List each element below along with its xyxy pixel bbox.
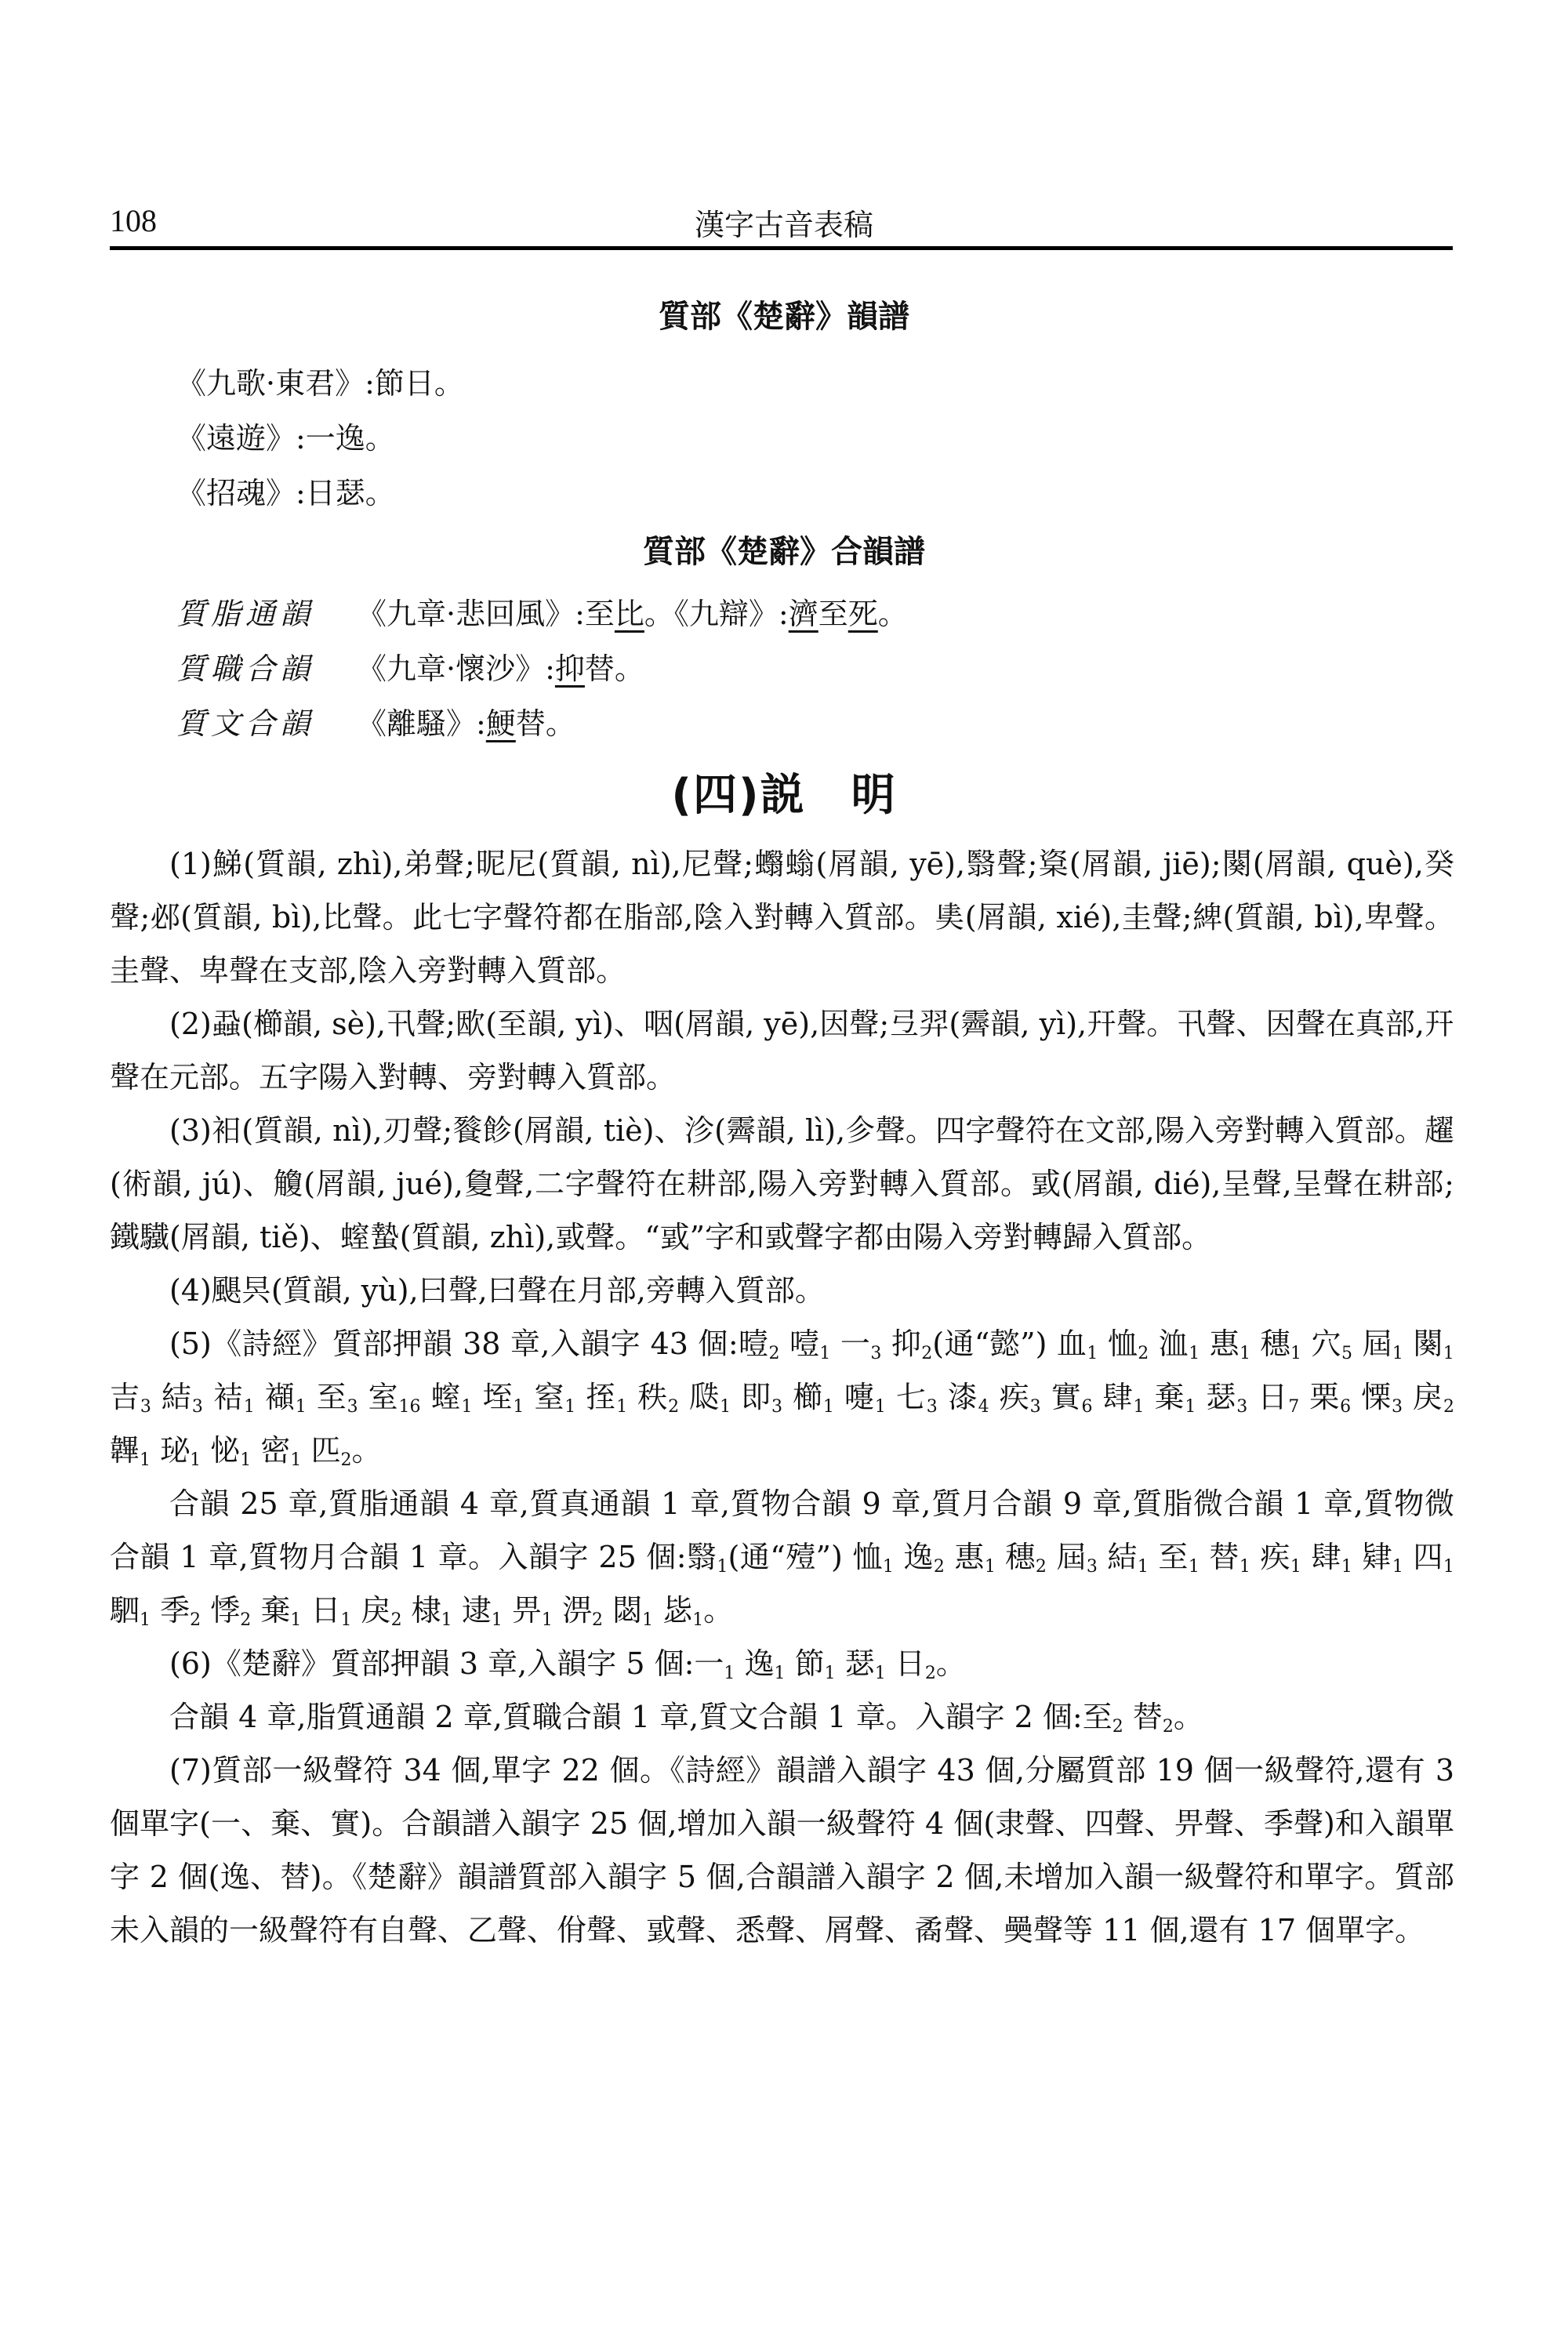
rhyme-char: 襭1 — [265, 1380, 307, 1414]
occurrence-count: 3 — [1392, 1397, 1403, 1417]
rhyme-char: 結3 — [162, 1380, 203, 1414]
rhyme-char: 一3 — [840, 1327, 881, 1361]
rhyme-char: 窒1 — [534, 1380, 575, 1414]
note-paragraph-6-chuci: (6)《楚辭》質部押韻 3 章,入韻字 5 個:一1 逸1 節1 瑟1 日2。 — [110, 1637, 1454, 1690]
variant-note: (通“殪”) — [728, 1540, 842, 1574]
occurrence-count: 1 — [1341, 1557, 1352, 1577]
note-paragraph-1: (1)鮷(質韻, zhì),弟聲;昵尼(質韻, nì),尼聲;蠮螉(屑韻, yē… — [110, 837, 1454, 997]
occurrence-count: 1 — [1240, 1344, 1250, 1363]
occurrence-count: 6 — [1340, 1397, 1351, 1417]
note-paragraph-6-combined: 合韻 4 章,脂質通韻 2 章,質職合韻 1 章,質文合韻 1 章。入韻字 2 … — [110, 1690, 1454, 1744]
rhyme-char: 日7 — [1258, 1380, 1299, 1414]
occurrence-count: 1 — [1087, 1344, 1098, 1363]
underlined-char: 比 — [615, 597, 644, 631]
occurrence-count: 1 — [720, 1397, 731, 1417]
occurrence-count: 1 — [1240, 1557, 1250, 1577]
occurrence-count: 1 — [190, 1450, 201, 1470]
rhyme-entry: 《九歌·東君》:節日。 — [176, 359, 464, 402]
rhyme-char: 至3 — [317, 1380, 358, 1414]
rhyme-type-label: 質文合韻 — [176, 699, 357, 742]
citation-text: 替。 — [516, 706, 575, 741]
rhyme-char: 嚏1 — [844, 1380, 886, 1414]
note-paragraph-7-summary: (7)質部一級聲符 34 個,單字 22 個。《詩經》韻譜入韻字 43 個,分屬… — [110, 1744, 1454, 1957]
occurrence-count: 3 — [927, 1397, 938, 1417]
occurrence-count: 1 — [1443, 1557, 1454, 1577]
occurrence-count: 1 — [441, 1610, 452, 1630]
rhyme-char: 日1 — [310, 1593, 351, 1628]
occurrence-count: 1 — [1392, 1344, 1403, 1363]
rhyme-char: 瑟3 — [1206, 1380, 1247, 1414]
occurrence-count: 3 — [1087, 1557, 1098, 1577]
occurrence-count: 16 — [399, 1397, 421, 1417]
rhyme-type-label: 質職合韻 — [176, 644, 357, 688]
combined-rhyme-row: 質脂通韻《九章·悲回風》:至比。《九辯》:濟至死。 — [176, 590, 908, 633]
occurrence-count: 1 — [692, 1610, 703, 1630]
rhyme-char: 垤1 — [482, 1380, 524, 1414]
occurrence-count: 1 — [240, 1450, 251, 1470]
occurrence-count: 3 — [771, 1397, 782, 1417]
rhyme-char: 棣1 — [412, 1593, 452, 1628]
header-rule — [110, 246, 1453, 250]
rhyme-char: 曀2 — [739, 1327, 780, 1361]
rhyme-char: 穗2 — [1005, 1540, 1046, 1574]
rhyme-char: 閟1 — [612, 1593, 653, 1628]
rhyme-char: 屆3 — [1056, 1540, 1097, 1574]
variant-note: (通“懿”) — [932, 1327, 1047, 1361]
rhyme-type-label: 質脂通韻 — [176, 590, 357, 633]
occurrence-count: 1 — [875, 1664, 886, 1683]
occurrence-count: 1 — [1392, 1557, 1403, 1577]
rhyme-char: 替1 — [1209, 1540, 1250, 1574]
chuci-combined-heading: 質部《楚辭》合韻譜 — [0, 527, 1568, 572]
rhyme-char: 結1 — [1107, 1540, 1148, 1574]
occurrence-count: 1 — [461, 1397, 472, 1417]
occurrence-count: 1 — [724, 1664, 735, 1683]
citation-text: 《九章·懷沙》: — [357, 652, 555, 686]
rhyme-char: 毖1 — [662, 1593, 703, 1628]
underlined-char: 鯁 — [486, 706, 516, 741]
occurrence-count: 1 — [823, 1397, 834, 1417]
rhyme-char: 逮1 — [462, 1593, 503, 1628]
occurrence-count: 2 — [1138, 1344, 1149, 1363]
note-paragraph-4: (4)颶昗(質韻, yù),曰聲,曰聲在月部,旁轉入質部。 — [110, 1264, 1454, 1317]
rhyme-char: 密1 — [260, 1433, 301, 1468]
rhyme-char: 肆1 — [1103, 1380, 1145, 1414]
rhyme-char: 疾3 — [1000, 1380, 1041, 1414]
occurrence-count: 1 — [1189, 1344, 1200, 1363]
citation-text: 替。 — [585, 652, 644, 686]
rhyme-char: 瑟1 — [845, 1646, 886, 1681]
occurrence-count: 1 — [513, 1397, 524, 1417]
rhyme-char: 至1 — [1158, 1540, 1199, 1574]
occurrence-count: 1 — [290, 1610, 301, 1630]
citation-text: 。 — [878, 597, 908, 631]
rhyme-char: 七3 — [896, 1380, 938, 1414]
occurrence-count: 1 — [290, 1450, 301, 1470]
occurrence-count: 6 — [1082, 1397, 1093, 1417]
rhyme-char: 至2 — [1083, 1700, 1123, 1734]
note-paragraph-2: (2)蝨(櫛韻, sè),卂聲;欭(至韻, yì)、咽(屑韻, yē),因聲;弖… — [110, 997, 1454, 1104]
rhyme-citation: 《離騷》:鯁替。 — [357, 699, 575, 742]
occurrence-count: 1 — [296, 1397, 307, 1417]
occurrence-count: 3 — [1030, 1397, 1041, 1417]
occurrence-count: 1 — [819, 1344, 830, 1363]
rhyme-char: 屆1 — [1362, 1327, 1403, 1361]
rhyme-char: 匹2 — [310, 1433, 351, 1468]
rhyme-char: 實6 — [1051, 1380, 1093, 1414]
rhyme-char: 戾2 — [361, 1593, 402, 1628]
rhyme-char: 瓞1 — [689, 1380, 731, 1414]
occurrence-count: 2 — [925, 1664, 936, 1683]
note-paragraph-3: (3)衵(質韻, nì),刃聲;餮飻(屑韻, tiè)、沴(霽韻, lì),㐱聲… — [110, 1104, 1454, 1264]
occurrence-count: 1 — [244, 1397, 255, 1417]
occurrence-count: 1 — [875, 1397, 886, 1417]
occurrence-count: 2 — [592, 1610, 603, 1630]
occurrence-count: 3 — [870, 1344, 881, 1363]
rhyme-char: 血1 — [1057, 1327, 1098, 1361]
occurrence-count: 7 — [1288, 1397, 1299, 1417]
rhyme-entry: 《遠遊》:一逸。 — [176, 414, 395, 457]
rhyme-char: 挃1 — [586, 1380, 627, 1414]
occurrence-count: 2 — [190, 1610, 201, 1630]
rhyme-char: 秩2 — [637, 1380, 679, 1414]
underlined-char: 濟 — [789, 597, 818, 631]
rhyme-char: 慄3 — [1361, 1380, 1403, 1414]
combined-rhyme-row: 質文合韻《離騷》:鯁替。 — [176, 699, 575, 742]
running-title: 漢字古音表稿 — [0, 201, 1568, 244]
rhyme-char: 闋1 — [1413, 1327, 1454, 1361]
occurrence-count: 3 — [140, 1397, 151, 1417]
rhyme-char: 棄1 — [1154, 1380, 1196, 1414]
occurrence-count: 1 — [1290, 1557, 1301, 1577]
rhyme-char: 一1 — [694, 1646, 735, 1681]
rhyme-char: 戾2 — [1413, 1380, 1454, 1414]
notes-body: (1)鮷(質韻, zhì),弟聲;昵尼(質韻, nì),尼聲;蠮螉(屑韻, yē… — [110, 837, 1454, 1957]
occurrence-count: 5 — [1341, 1344, 1352, 1363]
rhyme-char: 逸2 — [903, 1540, 944, 1574]
rhyme-char: 替2 — [1133, 1700, 1174, 1734]
rhyme-char: 洫1 — [1159, 1327, 1200, 1361]
rhyme-char: 棄1 — [260, 1593, 301, 1628]
rhyme-citation: 《九章·懷沙》:抑替。 — [357, 644, 644, 688]
occurrence-count: 1 — [883, 1557, 894, 1577]
occurrence-count: 2 — [340, 1450, 351, 1470]
occurrence-count: 2 — [1163, 1717, 1174, 1737]
occurrence-count: 1 — [1443, 1344, 1454, 1363]
occurrence-count: 3 — [1236, 1397, 1247, 1417]
occurrence-count: 1 — [616, 1397, 627, 1417]
occurrence-count: 2 — [240, 1610, 251, 1630]
rhyme-char: 肄1 — [1362, 1540, 1403, 1574]
occurrence-count: 1 — [140, 1610, 151, 1630]
occurrence-count: 2 — [921, 1344, 932, 1363]
occurrence-count: 1 — [340, 1610, 351, 1630]
rhyme-char: 季2 — [160, 1593, 201, 1628]
rhyme-char: 駟1 — [110, 1593, 151, 1628]
rhyme-char: 韠1 — [110, 1433, 151, 1468]
rhyme-entry: 《招魂》:日瑟。 — [176, 469, 395, 512]
occurrence-count: 1 — [985, 1557, 996, 1577]
occurrence-count: 2 — [668, 1397, 679, 1417]
occurrence-count: 1 — [1189, 1557, 1200, 1577]
combined-rhyme-row: 質職合韻《九章·懷沙》:抑替。 — [176, 644, 644, 688]
note-paragraph-5-combined: 合韻 25 章,質脂通韻 4 章,質真通韻 1 章,質物合韻 9 章,質月合韻 … — [110, 1477, 1454, 1637]
underlined-char: 死 — [848, 597, 878, 631]
rhyme-char: 櫛1 — [793, 1380, 834, 1414]
rhyme-citation: 《九章·悲回風》:至比。《九辯》:濟至死。 — [357, 590, 908, 633]
rhyme-char: 恤2 — [1108, 1327, 1149, 1361]
occurrence-count: 2 — [1036, 1557, 1047, 1577]
occurrence-count: 1 — [1133, 1397, 1144, 1417]
occurrence-count: 2 — [1112, 1717, 1123, 1737]
rhyme-char: 惠1 — [1210, 1327, 1250, 1361]
rhyme-char: 日2 — [895, 1646, 936, 1681]
rhyme-char: 節1 — [795, 1646, 836, 1681]
occurrence-count: 4 — [978, 1397, 989, 1417]
occurrence-count: 1 — [775, 1664, 786, 1683]
chuci-rhyme-heading: 質部《楚辭》韻譜 — [0, 292, 1568, 336]
rhyme-char: 栗6 — [1309, 1380, 1351, 1414]
citation-text: 。《九辯》: — [644, 597, 789, 631]
rhyme-char: 悸2 — [210, 1593, 251, 1628]
occurrence-count: 1 — [825, 1664, 836, 1683]
citation-text: 至 — [818, 597, 848, 631]
occurrence-count: 1 — [1185, 1397, 1196, 1417]
occurrence-count: 3 — [347, 1397, 358, 1417]
rhyme-char: 怭1 — [210, 1433, 251, 1468]
occurrence-count: 1 — [564, 1397, 575, 1417]
citation-text: 《離騷》: — [357, 706, 486, 741]
rhyme-char: 淠2 — [562, 1593, 603, 1628]
rhyme-char: 疾1 — [1260, 1540, 1301, 1574]
rhyme-char: 逸1 — [745, 1646, 786, 1681]
note-paragraph-5-shijing: (5)《詩經》質部押韻 38 章,入韻字 43 個:曀2 噎1 一3 抑2(通“… — [110, 1317, 1454, 1477]
occurrence-count: 2 — [391, 1610, 402, 1630]
citation-text: 《九章·悲回風》:至 — [357, 597, 615, 631]
occurrence-count: 2 — [934, 1557, 945, 1577]
rhyme-char: 室16 — [368, 1380, 421, 1414]
occurrence-count: 3 — [192, 1397, 203, 1417]
occurrence-count: 1 — [542, 1610, 553, 1630]
rhyme-char: 即3 — [741, 1380, 782, 1414]
rhyme-char: 肆1 — [1311, 1540, 1352, 1574]
occurrence-count: 2 — [1443, 1397, 1454, 1417]
occurrence-count: 2 — [768, 1344, 779, 1363]
rhyme-char: 畀1 — [512, 1593, 553, 1628]
rhyme-char: 漆4 — [948, 1380, 989, 1414]
section-heading-notes: (四)説 明 — [0, 760, 1568, 823]
rhyme-char: 穴5 — [1312, 1327, 1352, 1361]
rhyme-char: 珌1 — [160, 1433, 201, 1468]
rhyme-char: 噎1 — [789, 1327, 830, 1361]
occurrence-count: 1 — [492, 1610, 503, 1630]
rhyme-char: 抑2 — [891, 1327, 932, 1361]
occurrence-count: 1 — [717, 1557, 728, 1577]
rhyme-char: 吉3 — [110, 1380, 151, 1414]
rhyme-char: 袺1 — [213, 1380, 255, 1414]
occurrence-count: 1 — [642, 1610, 653, 1630]
rhyme-char: 螲1 — [431, 1380, 473, 1414]
occurrence-count: 1 — [140, 1450, 151, 1470]
rhyme-char: 翳1 — [687, 1540, 728, 1574]
occurrence-count: 1 — [1290, 1344, 1301, 1363]
rhyme-char: 惠1 — [954, 1540, 995, 1574]
occurrence-count: 1 — [1138, 1557, 1149, 1577]
rhyme-char: 穗1 — [1261, 1327, 1301, 1361]
underlined-char: 抑 — [555, 652, 585, 686]
rhyme-char: 恤1 — [852, 1540, 893, 1574]
rhyme-char: 四1 — [1413, 1540, 1454, 1574]
